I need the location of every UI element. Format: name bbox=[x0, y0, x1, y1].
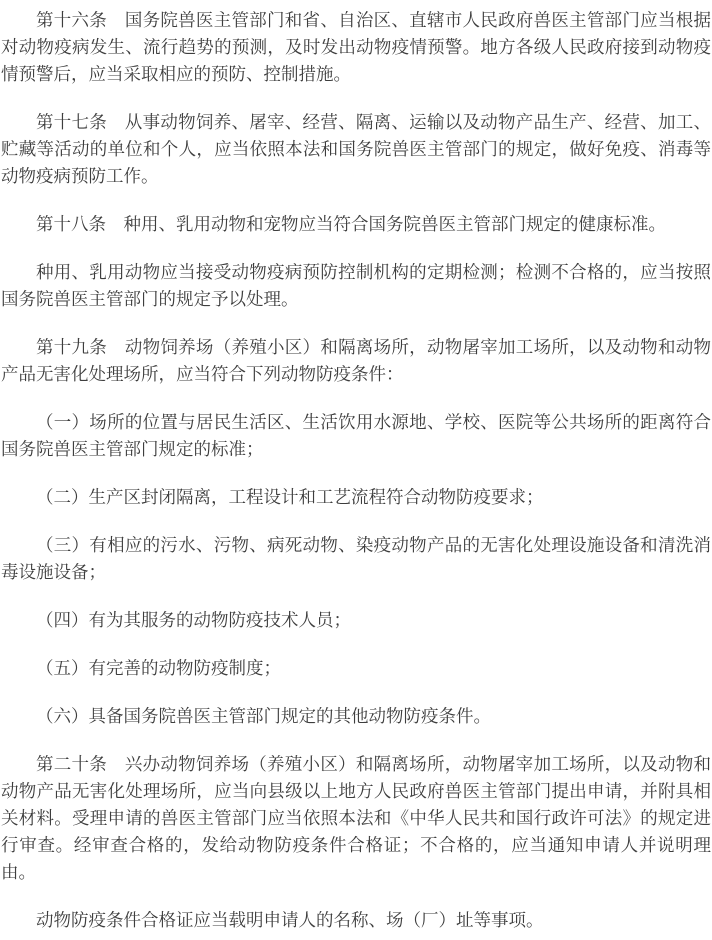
paragraph-article-18-clause: 种用、乳用动物应当接受动物疫病预防控制机构的定期检测；检测不合格的，应当按照国务… bbox=[1, 259, 711, 313]
paragraph-article-19-item-3: （三）有相应的污水、污物、病死动物、染疫动物产品的无害化处理设施设备和清洗消毒设… bbox=[1, 532, 711, 586]
paragraph-article-20-clause: 动物防疫条件合格证应当载明申请人的名称、场（厂）址等事项。 bbox=[1, 907, 711, 934]
paragraph-article-18: 第十八条 种用、乳用动物和宠物应当符合国务院兽医主管部门规定的健康标准。 bbox=[1, 211, 711, 238]
paragraph-article-20: 第二十条 兴办动物饲养场（养殖小区）和隔离场所，动物屠宰加工场所，以及动物和动物… bbox=[1, 751, 711, 886]
paragraph-article-17: 第十七条 从事动物饲养、屠宰、经营、隔离、运输以及动物产品生产、经营、加工、贮藏… bbox=[1, 109, 711, 190]
paragraph-article-19-item-1: （一）场所的位置与居民生活区、生活饮用水源地、学校、医院等公共场所的距离符合国务… bbox=[1, 409, 711, 463]
paragraph-article-19-item-2: （二）生产区封闭隔离，工程设计和工艺流程符合动物防疫要求； bbox=[1, 484, 711, 511]
document-page: 第十六条 国务院兽医主管部门和省、自治区、直辖市人民政府兽医主管部门应当根据对动… bbox=[0, 0, 712, 940]
paragraph-article-19-item-6: （六）具备国务院兽医主管部门规定的其他动物防疫条件。 bbox=[1, 703, 711, 730]
paragraph-article-19-item-5: （五）有完善的动物防疫制度； bbox=[1, 655, 711, 682]
paragraph-article-19: 第十九条 动物饲养场（养殖小区）和隔离场所，动物屠宰加工场所，以及动物和动物产品… bbox=[1, 334, 711, 388]
paragraph-article-16: 第十六条 国务院兽医主管部门和省、自治区、直辖市人民政府兽医主管部门应当根据对动… bbox=[1, 7, 711, 88]
paragraph-article-19-item-4: （四）有为其服务的动物防疫技术人员； bbox=[1, 607, 711, 634]
